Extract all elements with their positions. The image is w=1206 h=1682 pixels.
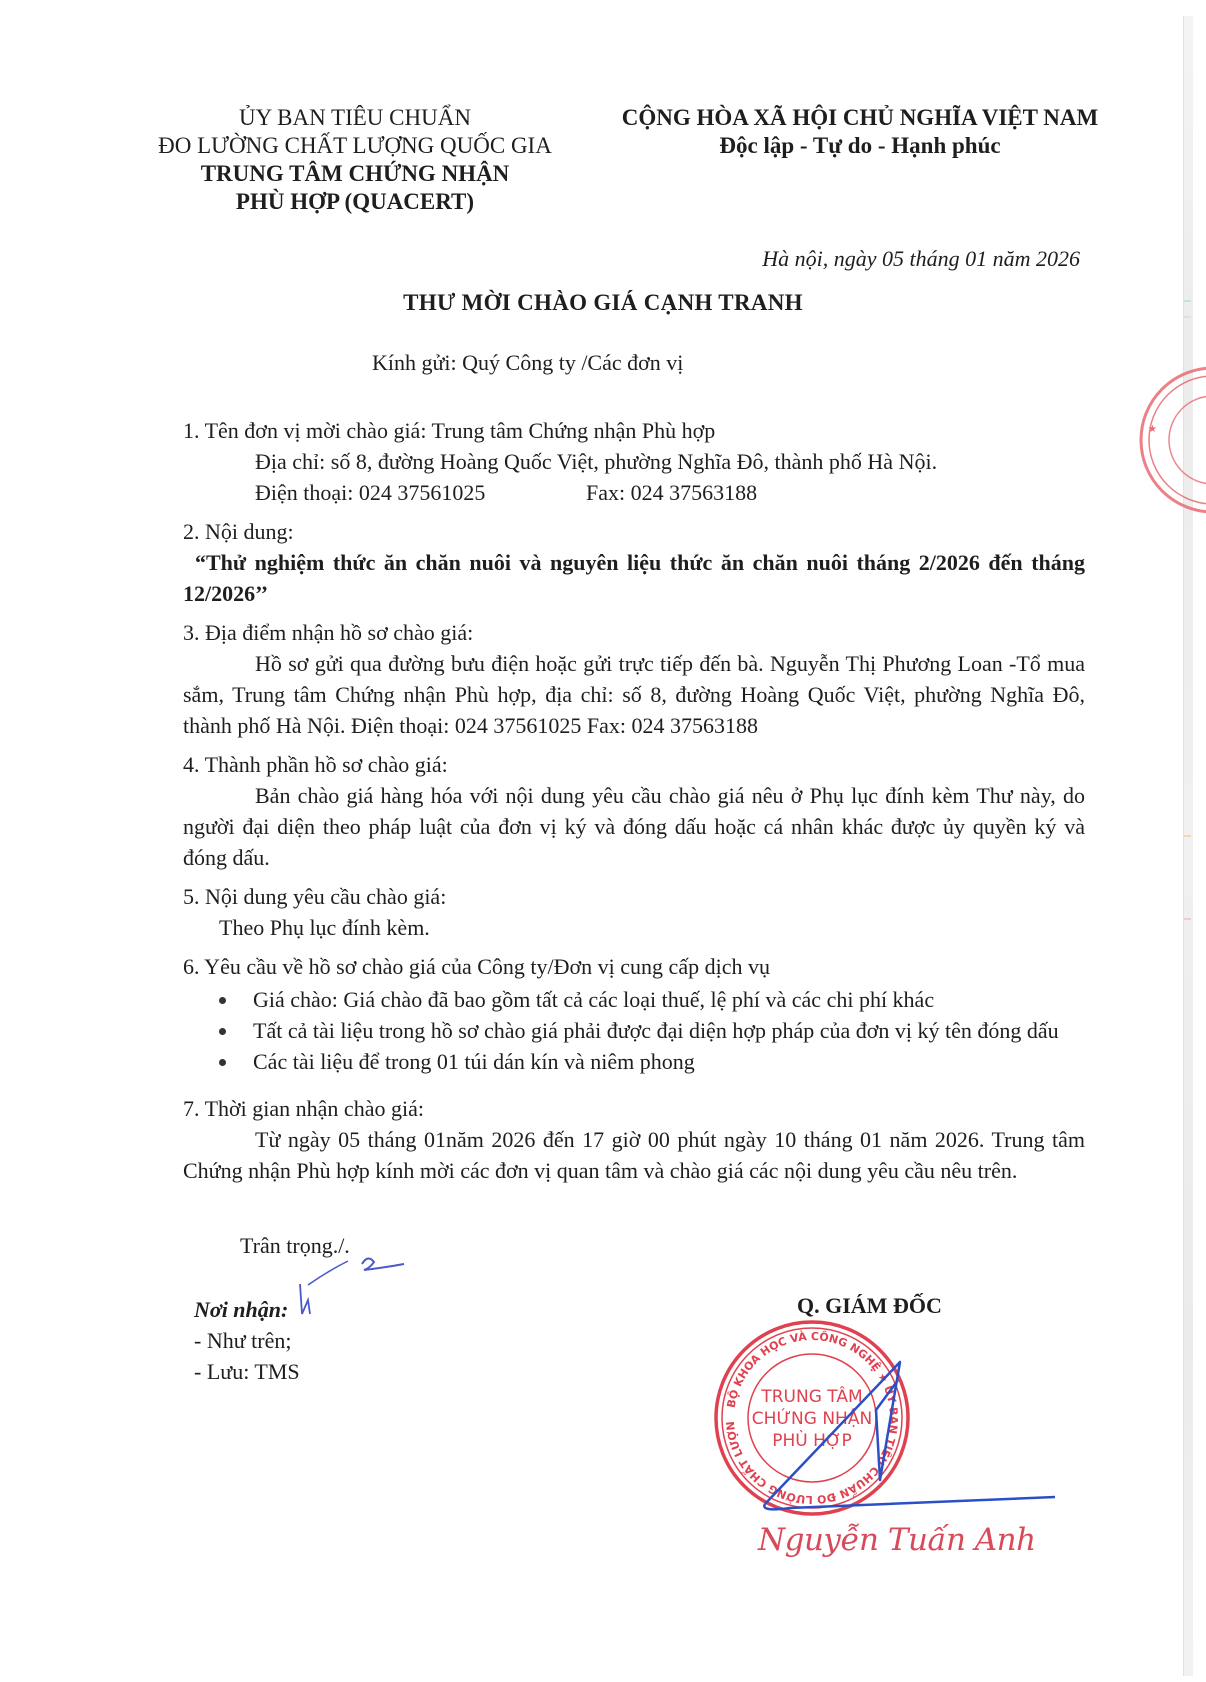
section-7-content: Từ ngày 05 tháng 01năm 2026 đến 17 giờ 0… xyxy=(183,1124,1085,1186)
section-5-heading: 5. Nội dung yêu cầu chào giá: xyxy=(183,881,1085,912)
requirement-item: Các tài liệu để trong 01 túi dán kín và … xyxy=(219,1046,1085,1077)
section-1-address: Địa chỉ: số 8, đường Hoàng Quốc Việt, ph… xyxy=(183,446,1085,477)
section-1-fax: Fax: 024 37563188 xyxy=(586,480,757,505)
section-5-content: Theo Phụ lục đính kèm. xyxy=(183,912,1085,943)
requirement-item: Giá chào: Giá chào đã bao gồm tất cả các… xyxy=(219,984,1085,1015)
section-5: 5. Nội dung yêu cầu chào giá: Theo Phụ l… xyxy=(183,881,1085,943)
partial-stamp-seal: ★ xyxy=(1138,360,1206,520)
section-2-heading: 2. Nội dung: xyxy=(183,516,1085,547)
issuer-line-1: ỦY BAN TIÊU CHUẨN xyxy=(130,104,580,132)
national-header: CỘNG HÒA XÃ HỘI CHỦ NGHĨA VIỆT NAM Độc l… xyxy=(590,104,1130,160)
recipients-block: Nơi nhận: - Như trên; - Lưu: TMS xyxy=(194,1294,300,1387)
section-3-content: Hồ sơ gửi qua đường bưu điện hoặc gửi tr… xyxy=(183,648,1085,741)
document-body: 1. Tên đơn vị mời chào giá: Trung tâm Ch… xyxy=(183,415,1085,1186)
stamp-center-line-3: PHÙ HỢP xyxy=(772,1429,851,1451)
section-2: 2. Nội dung: “Thử nghiệm thức ăn chăn nu… xyxy=(183,516,1085,609)
issuer-header: ỦY BAN TIÊU CHUẨN ĐO LƯỜNG CHẤT LƯỢNG QU… xyxy=(130,104,580,216)
issuer-line-2: ĐO LƯỜNG CHẤT LƯỢNG QUỐC GIA xyxy=(130,132,580,160)
signer-name: Nguyễn Tuấn Anh xyxy=(758,1522,1036,1558)
section-6: 6. Yêu cầu về hồ sơ chào giá của Công ty… xyxy=(183,951,1085,1077)
stamp-center-line-1: TRUNG TÂM xyxy=(760,1385,862,1407)
recipient-item: - Lưu: TMS xyxy=(194,1356,300,1387)
svg-text:★: ★ xyxy=(1148,424,1157,435)
national-title: CỘNG HÒA XÃ HỘI CHỦ NGHĨA VIỆT NAM xyxy=(590,104,1130,132)
section-3-heading: 3. Địa điểm nhận hồ sơ chào giá: xyxy=(183,617,1085,648)
stamp-center-line-2: CHỨNG NHẬN xyxy=(752,1407,872,1429)
section-7: 7. Thời gian nhận chào giá: Từ ngày 05 t… xyxy=(183,1093,1085,1186)
issuer-line-4: PHÙ HỢP (QUACERT) xyxy=(130,188,580,216)
page-edge-strip xyxy=(1183,16,1193,1676)
document-title: THƯ MỜI CHÀO GIÁ CẠNH TRANH xyxy=(0,290,1206,316)
recipients-label: Nơi nhận: xyxy=(194,1294,300,1325)
section-7-heading: 7. Thời gian nhận chào giá: xyxy=(183,1093,1085,1124)
national-motto: Độc lập - Tự do - Hạnh phúc xyxy=(590,132,1130,160)
edge-mark xyxy=(1184,835,1191,837)
document-date: Hà nội, ngày 05 tháng 01 năm 2026 xyxy=(762,246,1080,272)
issuer-line-3: TRUNG TÂM CHỨNG NHẬN xyxy=(130,160,580,188)
section-4-content: Bản chào giá hàng hóa với nội dung yêu c… xyxy=(183,780,1085,873)
signer-role: Q. GIÁM ĐỐC xyxy=(797,1293,942,1319)
recipient-item: - Như trên; xyxy=(194,1325,300,1356)
requirement-item: Tất cả tài liệu trong hồ sơ chào giá phả… xyxy=(219,1015,1085,1046)
section-1: 1. Tên đơn vị mời chào giá: Trung tâm Ch… xyxy=(183,415,1085,508)
section-6-heading: 6. Yêu cầu về hồ sơ chào giá của Công ty… xyxy=(183,951,1085,982)
closing-remark: Trân trọng./. xyxy=(240,1233,350,1259)
official-stamp-seal: BỘ KHOA HỌC VÀ CÔNG NGHỆ ★ ỦY BAN TIÊU C… xyxy=(712,1318,912,1518)
section-6-requirements: Giá chào: Giá chào đã bao gồm tất cả các… xyxy=(183,984,1085,1077)
section-1-phone: Điện thoại: 024 37561025 xyxy=(255,477,586,508)
section-1-heading: 1. Tên đơn vị mời chào giá: Trung tâm Ch… xyxy=(183,415,1085,446)
section-3: 3. Địa điểm nhận hồ sơ chào giá: Hồ sơ g… xyxy=(183,617,1085,741)
edge-mark xyxy=(1184,316,1191,318)
section-4-heading: 4. Thành phần hồ sơ chào giá: xyxy=(183,749,1085,780)
section-4: 4. Thành phần hồ sơ chào giá: Bản chào g… xyxy=(183,749,1085,873)
greeting: Kính gửi: Quý Công ty /Các đơn vị xyxy=(372,350,683,376)
section-2-content: “Thử nghiệm thức ăn chăn nuôi và nguyên … xyxy=(183,547,1085,609)
edge-mark xyxy=(1184,918,1191,920)
section-1-contact: Điện thoại: 024 37561025Fax: 024 3756318… xyxy=(183,477,1085,508)
